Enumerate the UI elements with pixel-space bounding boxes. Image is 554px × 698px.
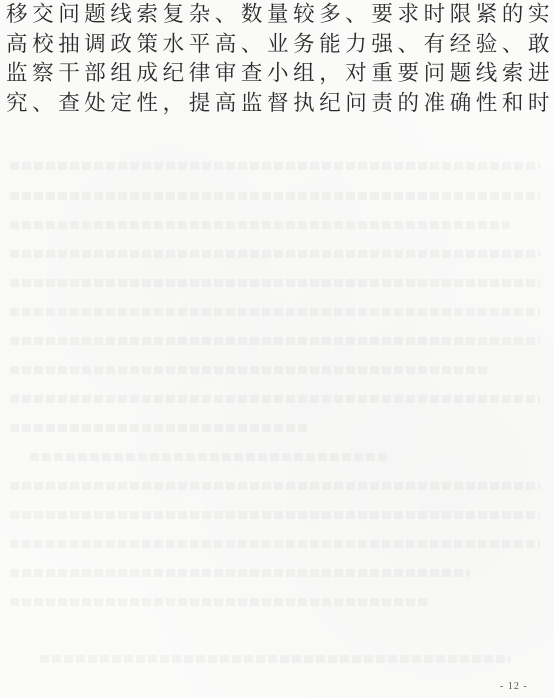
page-number: - 12 - [500,681,528,692]
bleed-through-line [10,279,540,287]
bleed-through-line [10,511,540,519]
bleed-through-line [10,482,540,490]
bleed-through-line [10,221,510,229]
bleed-through-line [30,453,390,461]
document-page: 移交问题线索复杂、数量较多、要求时限紧的实际，从直属 高校抽调政策水平高、业务能… [0,0,554,698]
paragraph-line-2: 高校抽调政策水平高、业务能力强、有经验、敢担当的纪检 [6,30,554,60]
bleed-through-line [10,395,540,403]
bleed-through-line [40,655,510,663]
bleed-through-line [10,308,540,316]
bleed-through-line [10,250,540,258]
paragraph-line-3: 监察干部组成纪律审查小组，对重要问题线索进行分析研 [6,59,554,89]
bleed-through-line [10,162,540,170]
bleed-through-line [10,598,430,606]
body-paragraph: 移交问题线索复杂、数量较多、要求时限紧的实际，从直属 高校抽调政策水平高、业务能… [6,0,554,118]
bleed-through-line [10,540,540,548]
bleed-through-line [10,569,470,577]
bleed-through-line [10,366,490,374]
bleed-through-line [10,192,540,200]
bleed-through-line [10,337,540,345]
paragraph-line-1: 移交问题线索复杂、数量较多、要求时限紧的实际，从直属 [6,0,554,30]
paragraph-line-4: 究、查处定性，提高监督执纪问责的准确性和时效性。 [6,89,554,119]
bleed-through-line [10,424,310,432]
